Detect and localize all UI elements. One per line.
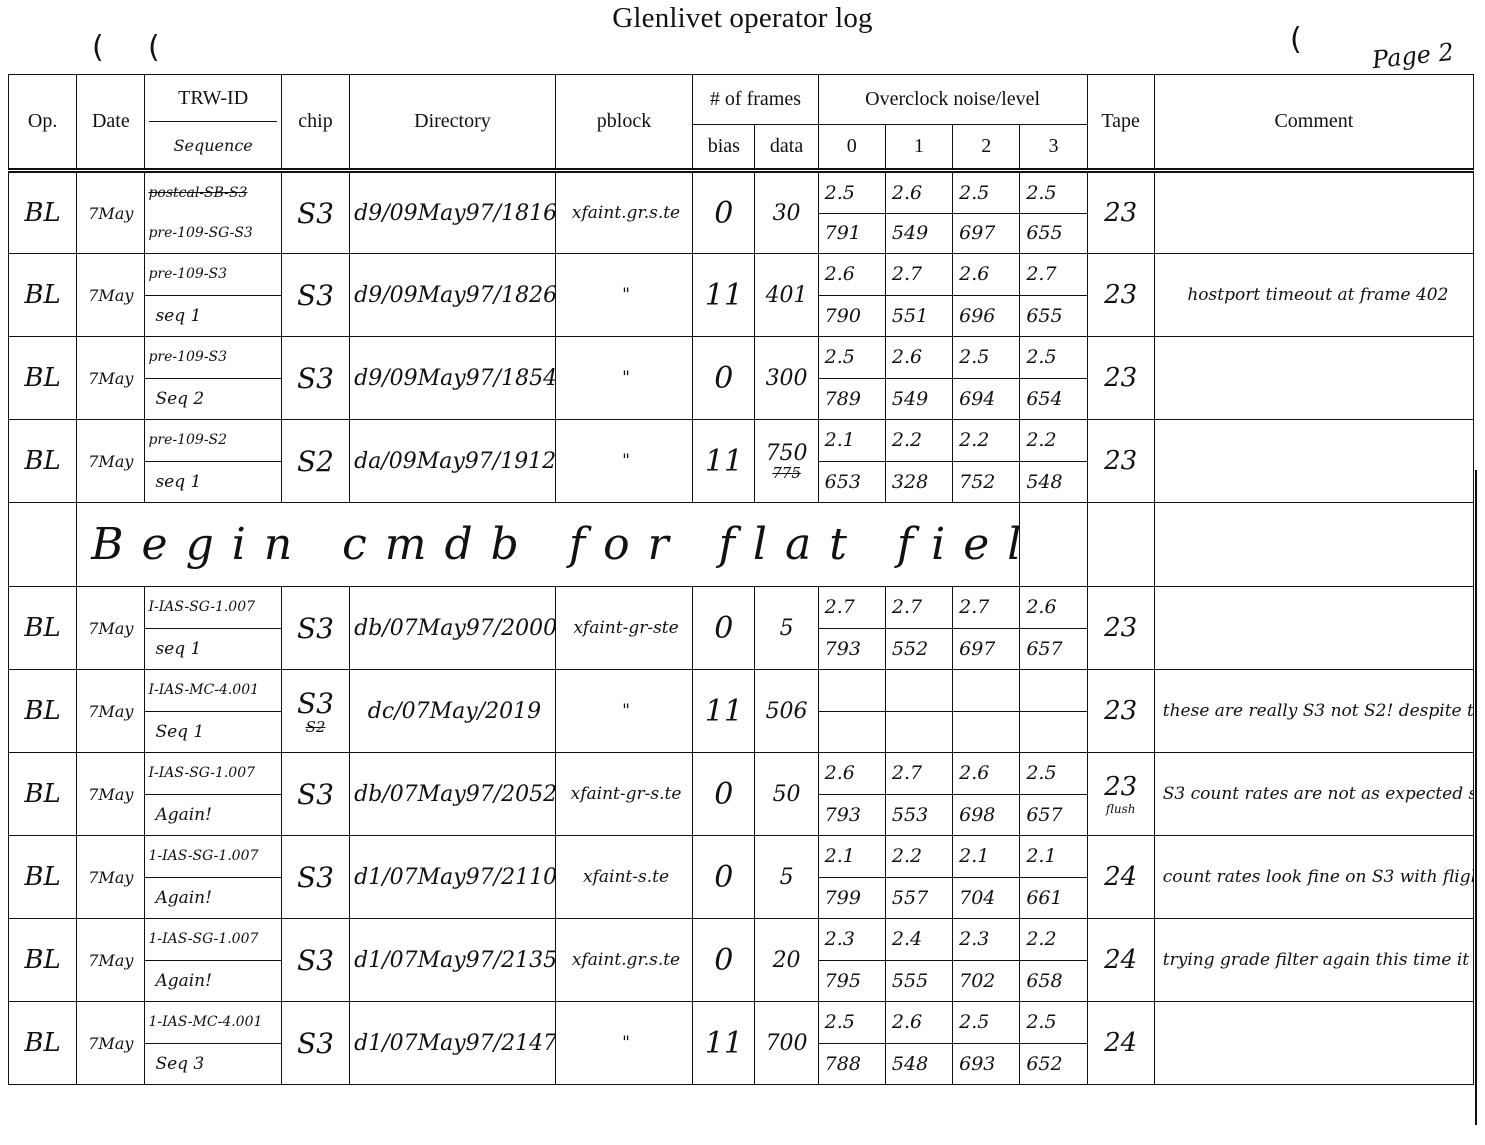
operator-log-table: Op. Date TRW-ID Sequence chip Directory … <box>8 74 1474 1085</box>
tape-cell: 23 <box>1087 171 1154 254</box>
trw-id: I-IAS-MC-4.001 <box>145 670 280 712</box>
overclock-2-cell: 2.6698 <box>953 753 1020 836</box>
date-cell: 7May <box>77 254 145 337</box>
sequence: Again! <box>145 795 280 836</box>
struck-out-trw-id: postcal-SB-S3 <box>148 185 247 201</box>
op-cell: BL <box>9 337 77 420</box>
overclock-0-cell: 2.5789 <box>818 337 885 420</box>
data-frames-cell: 5 <box>755 587 818 670</box>
trw-id-cell: pre-109-S2 seq 1 <box>145 420 281 503</box>
pblock-cell: xfaint.gr.s.te <box>555 919 692 1002</box>
pblock-cell: " <box>555 337 692 420</box>
overclock-1-cell: 2.6549 <box>885 337 952 420</box>
log-row: BL 7May pre-109-S3 seq 1 S3 d9/09May97/1… <box>9 254 1474 337</box>
op-cell: BL <box>9 587 77 670</box>
overclock-3-cell: 2.5652 <box>1020 1002 1087 1085</box>
chip-cell: S3 <box>281 753 349 836</box>
sequence: pre-109-SG-S3 <box>145 213 280 253</box>
log-row: BL 7May 1-IAS-MC-4.001 Seq 3 S3 d1/07May… <box>9 1002 1474 1085</box>
comment-cell <box>1154 171 1473 254</box>
data-frames-cell: 50 <box>755 753 818 836</box>
overclock-1-cell: 2.2328 <box>885 420 952 503</box>
overclock-3-cell: 2.1661 <box>1020 836 1087 919</box>
col-oc3: 3 <box>1020 125 1087 171</box>
trw-id: 1-IAS-SG-1.007 <box>145 836 280 878</box>
data-frames-cell: 750775 <box>755 420 818 503</box>
directory-cell: d9/09May97/1826 <box>350 254 556 337</box>
overclock-1-cell: 2.7552 <box>885 587 952 670</box>
overclock-2-cell: 2.6696 <box>953 254 1020 337</box>
trw-id: I-IAS-SG-1.007 <box>145 587 280 629</box>
sequence: Again! <box>145 961 280 1002</box>
comment-cell: count rates look fine on S3 with flights… <box>1154 836 1473 919</box>
trw-id-cell: 1-IAS-MC-4.001 Seq 3 <box>145 1002 281 1085</box>
comment-cell: trying grade filter again this time it w… <box>1154 919 1473 1002</box>
directory-cell: d1/07May97/2135 <box>350 919 556 1002</box>
bias-frames-cell: 11 <box>693 254 755 337</box>
data-frames-cell: 401 <box>755 254 818 337</box>
sequence: Seq 3 <box>145 1044 280 1085</box>
pblock-cell: " <box>555 420 692 503</box>
sequence: Again! <box>145 878 280 919</box>
note-cell <box>1020 503 1087 587</box>
col-bias: bias <box>693 125 755 171</box>
col-data: data <box>755 125 818 171</box>
bias-frames-cell: 0 <box>693 753 755 836</box>
overclock-0-cell: 2.3795 <box>818 919 885 1002</box>
log-row: BL 7May 1-IAS-SG-1.007 Again! S3 d1/07Ma… <box>9 919 1474 1002</box>
pblock-cell: xfaint.gr.s.te <box>555 171 692 254</box>
directory-cell: d9/09May97/1854 <box>350 337 556 420</box>
comment-cell: these are really S3 not S2! despite the … <box>1154 670 1473 753</box>
date-cell: 7May <box>77 337 145 420</box>
date-cell: 7May <box>77 587 145 670</box>
pblock-cell: " <box>555 670 692 753</box>
overclock-1-cell: 2.6549 <box>885 171 952 254</box>
directory-cell: dc/07May/2019 <box>350 670 556 753</box>
hole-punch-mark: ( <box>148 30 160 65</box>
col-sequence-label: Sequence <box>145 122 280 168</box>
overclock-1-cell: 2.2557 <box>885 836 952 919</box>
tape-cell: 24 <box>1087 1002 1154 1085</box>
tape-cell: 23 <box>1087 670 1154 753</box>
struck-out-value: 775 <box>755 466 817 481</box>
overclock-3-cell: 2.5657 <box>1020 753 1087 836</box>
comment-cell <box>1154 420 1473 503</box>
op-cell: BL <box>9 420 77 503</box>
overclock-3-cell: 2.2658 <box>1020 919 1087 1002</box>
date-cell: 7May <box>77 1002 145 1085</box>
op-cell: BL <box>9 919 77 1002</box>
trw-id-cell: pre-109-S3 seq 1 <box>145 254 281 337</box>
overclock-3-cell: 2.5655 <box>1020 171 1087 254</box>
overclock-2-cell <box>953 670 1020 753</box>
data-frames-cell: 5 <box>755 836 818 919</box>
log-row: BL 7May pre-109-S3 Seq 2 S3 d9/09May97/1… <box>9 337 1474 420</box>
pblock-cell: " <box>555 254 692 337</box>
directory-cell: db/07May97/2052 <box>350 753 556 836</box>
overclock-0-cell: 2.1799 <box>818 836 885 919</box>
trw-id: 1-IAS-MC-4.001 <box>145 1002 280 1044</box>
tape-cell: 24 <box>1087 919 1154 1002</box>
log-row: BL 7May 1-IAS-SG-1.007 Again! S3 d1/07Ma… <box>9 836 1474 919</box>
chip-cell: S3 <box>281 1002 349 1085</box>
overclock-3-cell <box>1020 670 1087 753</box>
overclock-0-cell <box>818 670 885 753</box>
pblock-cell: " <box>555 1002 692 1085</box>
tape-cell: 24 <box>1087 836 1154 919</box>
tape-cell: 23 <box>1087 587 1154 670</box>
col-pblock: pblock <box>555 75 692 171</box>
overclock-3-cell: 2.5654 <box>1020 337 1087 420</box>
hole-punch-mark: ( <box>92 30 104 65</box>
col-trw-id: TRW-ID Sequence <box>145 75 281 171</box>
log-row: BL 7May I-IAS-SG-1.007 Again! S3 db/07Ma… <box>9 753 1474 836</box>
col-frames: # of frames <box>693 75 818 125</box>
trw-id-cell: pre-109-S3 Seq 2 <box>145 337 281 420</box>
date-cell: 7May <box>77 670 145 753</box>
overclock-1-cell: 2.7553 <box>885 753 952 836</box>
overclock-1-cell: 2.6548 <box>885 1002 952 1085</box>
overclock-2-cell: 2.2752 <box>953 420 1020 503</box>
note-cell <box>9 503 77 587</box>
sequence: seq 1 <box>145 296 280 337</box>
overclock-0-cell: 2.6790 <box>818 254 885 337</box>
log-row: BL 7May pre-109-S2 seq 1 S2 da/09May97/1… <box>9 420 1474 503</box>
col-overclock: Overclock noise/level <box>818 75 1087 125</box>
op-cell: BL <box>9 836 77 919</box>
data-frames-cell: 300 <box>755 337 818 420</box>
col-date: Date <box>77 75 145 171</box>
sequence: seq 1 <box>145 629 280 670</box>
overclock-3-cell: 2.2548 <box>1020 420 1087 503</box>
tape-cell: 23 <box>1087 337 1154 420</box>
tape-cell: 23flush <box>1087 753 1154 836</box>
pblock-cell: xfaint-gr-ste <box>555 587 692 670</box>
chip-cell: S3 <box>281 919 349 1002</box>
bias-frames-cell: 11 <box>693 670 755 753</box>
op-cell: BL <box>9 670 77 753</box>
op-cell: BL <box>9 254 77 337</box>
bias-frames-cell: 11 <box>693 420 755 503</box>
col-directory: Directory <box>350 75 556 171</box>
bias-frames-cell: 0 <box>693 587 755 670</box>
col-oc1: 1 <box>885 125 952 171</box>
data-frames-cell: 506 <box>755 670 818 753</box>
overclock-0-cell: 2.7793 <box>818 587 885 670</box>
data-frames-cell: 700 <box>755 1002 818 1085</box>
op-cell: BL <box>9 753 77 836</box>
sequence: Seq 2 <box>145 379 280 420</box>
overclock-0-cell: 2.5788 <box>818 1002 885 1085</box>
data-frames-cell: 30 <box>755 171 818 254</box>
chip-cell: S3 <box>281 254 349 337</box>
bias-frames-cell: 0 <box>693 919 755 1002</box>
col-op: Op. <box>9 75 77 171</box>
overclock-1-cell <box>885 670 952 753</box>
overclock-0-cell: 2.5791 <box>818 171 885 254</box>
directory-cell: d9/09May97/1816 <box>350 171 556 254</box>
chip-cell: S3S2 <box>281 670 349 753</box>
overclock-0-cell: 2.1653 <box>818 420 885 503</box>
overclock-3-cell: 2.7655 <box>1020 254 1087 337</box>
trw-id-cell: postcal-SB-S3 pre-109-SG-S3 <box>145 171 281 254</box>
trw-id-cell: I-IAS-SG-1.007 seq 1 <box>145 587 281 670</box>
directory-cell: db/07May97/2000 <box>350 587 556 670</box>
trw-id: pre-109-S3 <box>145 254 280 296</box>
log-row: BL 7May I-IAS-MC-4.001 Seq 1 S3S2 dc/07M… <box>9 670 1474 753</box>
sequence: Seq 1 <box>145 712 280 753</box>
trw-id-cell: 1-IAS-SG-1.007 Again! <box>145 919 281 1002</box>
op-cell: BL <box>9 1002 77 1085</box>
note-cell <box>1154 503 1473 587</box>
overclock-2-cell: 2.7697 <box>953 587 1020 670</box>
overclock-2-cell: 2.5693 <box>953 1002 1020 1085</box>
pblock-cell: xfaint-s.te <box>555 836 692 919</box>
log-row: BL 7May I-IAS-SG-1.007 seq 1 S3 db/07May… <box>9 587 1474 670</box>
chip-cell: S2 <box>281 420 349 503</box>
comment-cell <box>1154 587 1473 670</box>
directory-cell: da/09May97/1912 <box>350 420 556 503</box>
overclock-1-cell: 2.7551 <box>885 254 952 337</box>
overclock-1-cell: 2.4555 <box>885 919 952 1002</box>
trw-id: pre-109-S2 <box>145 420 280 462</box>
col-trw-id-label: TRW-ID <box>149 75 276 122</box>
trw-id: postcal-SB-S3 <box>145 173 280 213</box>
trw-id: I-IAS-SG-1.007 <box>145 753 280 795</box>
overclock-0-cell: 2.6793 <box>818 753 885 836</box>
chip-cell: S3 <box>281 337 349 420</box>
sequence: seq 1 <box>145 462 280 503</box>
tape-note: flush <box>1088 802 1154 816</box>
note-cell <box>1087 503 1154 587</box>
date-cell: 7May <box>77 919 145 1002</box>
comment-cell <box>1154 1002 1473 1085</box>
comment-cell <box>1154 337 1473 420</box>
comment-cell: hostport timeout at frame 402 <box>1154 254 1473 337</box>
bias-frames-cell: 0 <box>693 836 755 919</box>
tape-cell: 23 <box>1087 420 1154 503</box>
overclock-2-cell: 2.1704 <box>953 836 1020 919</box>
page-edge-line <box>1475 470 1477 1125</box>
col-oc2: 2 <box>953 125 1020 171</box>
tape-cell: 23 <box>1087 254 1154 337</box>
col-oc0: 0 <box>818 125 885 171</box>
col-chip: chip <box>281 75 349 171</box>
overclock-2-cell: 2.3702 <box>953 919 1020 1002</box>
overclock-2-cell: 2.5694 <box>953 337 1020 420</box>
chip-cell: S3 <box>281 836 349 919</box>
chip-cell: S3 <box>281 171 349 254</box>
hole-punch-mark: ( <box>1290 22 1302 57</box>
op-cell: BL <box>9 171 77 254</box>
date-cell: 7May <box>77 171 145 254</box>
bias-frames-cell: 0 <box>693 337 755 420</box>
date-cell: 7May <box>77 420 145 503</box>
directory-cell: d1/07May97/2110 <box>350 836 556 919</box>
trw-id: 1-IAS-SG-1.007 <box>145 919 280 961</box>
directory-cell: d1/07May97/2147 <box>350 1002 556 1085</box>
log-row: BL 7May postcal-SB-S3 pre-109-SG-S3 S3 d… <box>9 171 1474 254</box>
col-comment: Comment <box>1154 75 1473 171</box>
date-cell: 7May <box>77 836 145 919</box>
page-label: Page 2 <box>1371 38 1455 74</box>
document-title: Glenlivet operator log <box>0 2 1485 35</box>
trw-id-cell: I-IAS-MC-4.001 Seq 1 <box>145 670 281 753</box>
bias-frames-cell: 11 <box>693 1002 755 1085</box>
date-cell: 7May <box>77 753 145 836</box>
trw-id-cell: I-IAS-SG-1.007 Again! <box>145 753 281 836</box>
trw-id-cell: 1-IAS-SG-1.007 Again! <box>145 836 281 919</box>
chip-cell: S3 <box>281 587 349 670</box>
note-row-text: Begin cmdb for flat field <box>77 503 1020 587</box>
trw-id: pre-109-S3 <box>145 337 280 379</box>
data-frames-cell: 20 <box>755 919 818 1002</box>
col-tape: Tape <box>1087 75 1154 171</box>
overclock-3-cell: 2.6657 <box>1020 587 1087 670</box>
bias-frames-cell: 0 <box>693 171 755 254</box>
struck-out-value: S2 <box>282 720 349 735</box>
pblock-cell: xfaint-gr-s.te <box>555 753 692 836</box>
comment-cell: S3 count rates are not as expected so we… <box>1154 753 1473 836</box>
overclock-2-cell: 2.5697 <box>953 171 1020 254</box>
